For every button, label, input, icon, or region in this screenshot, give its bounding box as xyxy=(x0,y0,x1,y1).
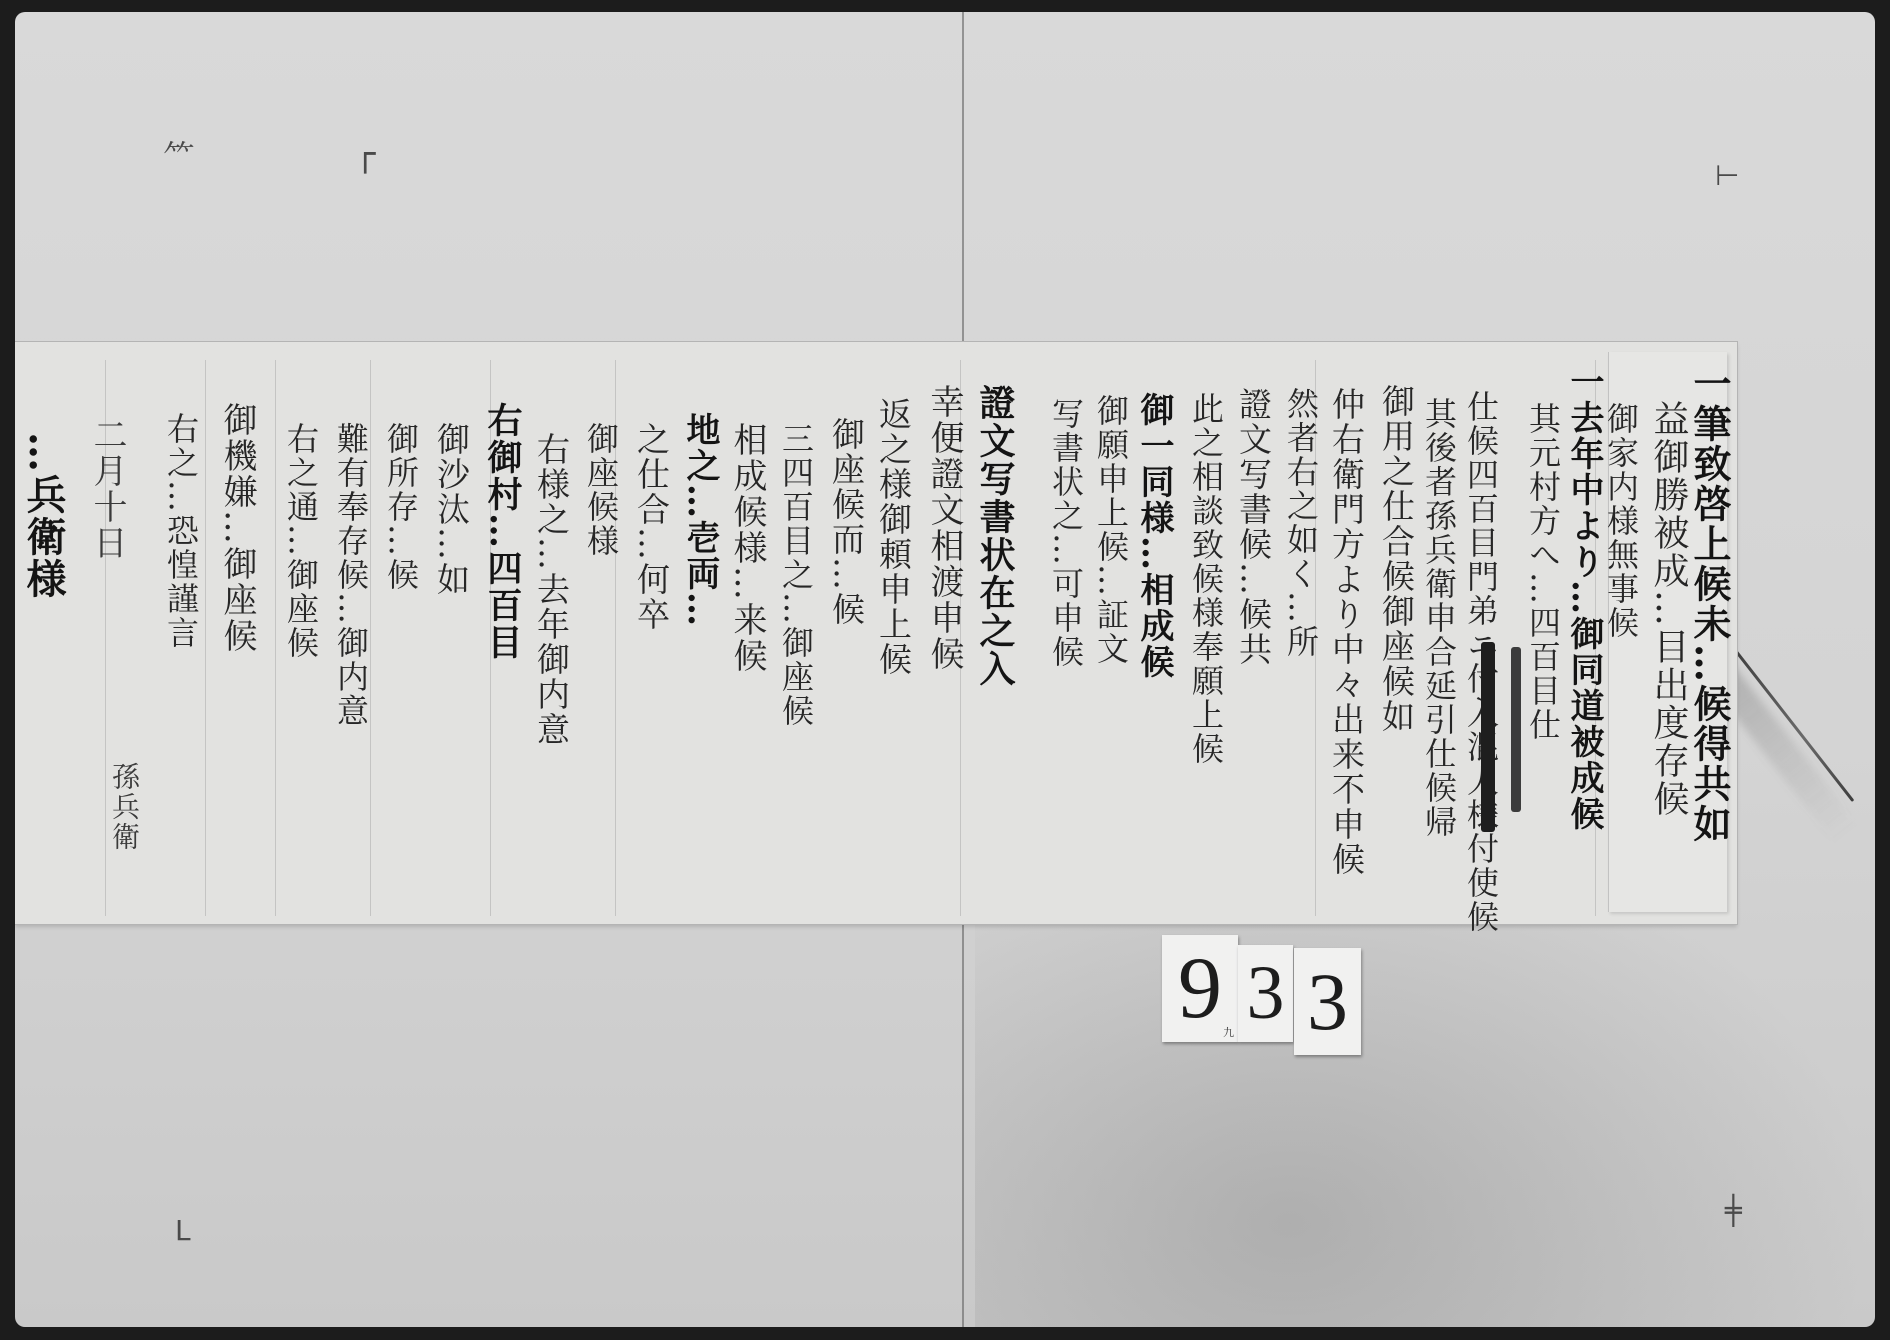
text-column: 其元村方へ…四百目仕 xyxy=(1527,402,1559,742)
text-column: 御座候様 xyxy=(585,422,617,558)
text-column: 益御勝被成…目出度存候 xyxy=(1650,400,1686,818)
text-column: 之仕合…何卒 xyxy=(635,422,668,632)
text-column: 右様之…去年御内意 xyxy=(535,432,568,747)
text-column: 相成候様…来候 xyxy=(730,422,764,674)
text-column: 御願申上候…証文 xyxy=(1095,394,1127,666)
text-column: 一筆致啓上候未…候得共如 xyxy=(1690,364,1728,844)
text-column: 證文写書状在之入 xyxy=(977,384,1013,688)
catalog-kanji-note: 九 xyxy=(1223,1024,1234,1040)
text-column: 御家内様無事候 xyxy=(1605,402,1637,640)
text-column: 此之相談致候様奉願上候 xyxy=(1190,392,1222,766)
text-column: 右之…恐惶謹言 xyxy=(165,412,197,650)
text-column: 御一同様…相成候 xyxy=(1137,392,1171,680)
catalog-number-card: 3 xyxy=(1238,945,1293,1042)
text-column: 難有奉存候…御内意 xyxy=(335,422,367,728)
text-column: 地之…壱両… xyxy=(683,412,717,628)
catalog-digit: 9 xyxy=(1178,938,1222,1039)
fold-line xyxy=(205,360,206,916)
fold-line xyxy=(275,360,276,916)
catalog-digit: 3 xyxy=(1247,950,1285,1037)
text-column: 御用之仕合候御座候如 xyxy=(1380,384,1413,734)
corner-mark-bottom-right: ╪ xyxy=(1725,1197,1742,1225)
catalog-number-card: 3 xyxy=(1294,948,1361,1055)
fold-line xyxy=(370,360,371,916)
photo-board: ⺮ ┌ ⊢ L ╪ 一筆致啓上候未…候得共如 益御勝被成…目出度存候 御家内様無… xyxy=(15,12,1875,1327)
ink-correction-mark xyxy=(1481,642,1495,832)
text-column: 證文写書候…候共 xyxy=(1237,387,1270,667)
recipient-name: …兵衛様 xyxy=(23,432,63,600)
text-column: 然者右之如く…所 xyxy=(1285,387,1317,659)
date-column: 二月十日 xyxy=(90,417,124,561)
text-column: 写書状之…可申候 xyxy=(1050,397,1082,669)
text-column: 幸便證文相渡申候 xyxy=(927,384,961,672)
text-column: 其後者孫兵衛申合延引仕候帰 xyxy=(1423,397,1455,839)
letter-document: 一筆致啓上候未…候得共如 益御勝被成…目出度存候 御家内様無事候 一去年中より…… xyxy=(15,342,1737,924)
catalog-number-card: 9 九 xyxy=(1162,935,1238,1042)
text-column: 御機嫌…御座候 xyxy=(220,402,254,654)
corner-mark-top-left: ⺮ xyxy=(163,140,195,172)
ink-correction-mark xyxy=(1511,647,1521,812)
text-column: 御座候而…候 xyxy=(830,417,863,627)
sender-signature: 孫兵衛 xyxy=(110,762,138,852)
text-column: 返之様御頼申上候 xyxy=(877,397,910,677)
text-column: 右御村…四百目 xyxy=(485,402,520,661)
corner-mark-bottom-left: L xyxy=(175,1217,191,1245)
text-column: 右之通…御座候 xyxy=(285,422,317,660)
text-column: 三四百目之…御座候 xyxy=(780,422,812,728)
text-column: 御所存…候 xyxy=(385,422,417,592)
catalog-digit: 3 xyxy=(1307,955,1348,1049)
corner-mark-top-left-2: ┌ xyxy=(355,137,375,171)
text-column: 一去年中より…御同道被成候 xyxy=(1567,364,1601,832)
text-column: 仲右衛門方より中々出来不申候 xyxy=(1330,387,1363,877)
text-column: 御沙汰…如 xyxy=(435,422,468,597)
corner-mark-top-right: ⊢ xyxy=(1715,162,1739,190)
